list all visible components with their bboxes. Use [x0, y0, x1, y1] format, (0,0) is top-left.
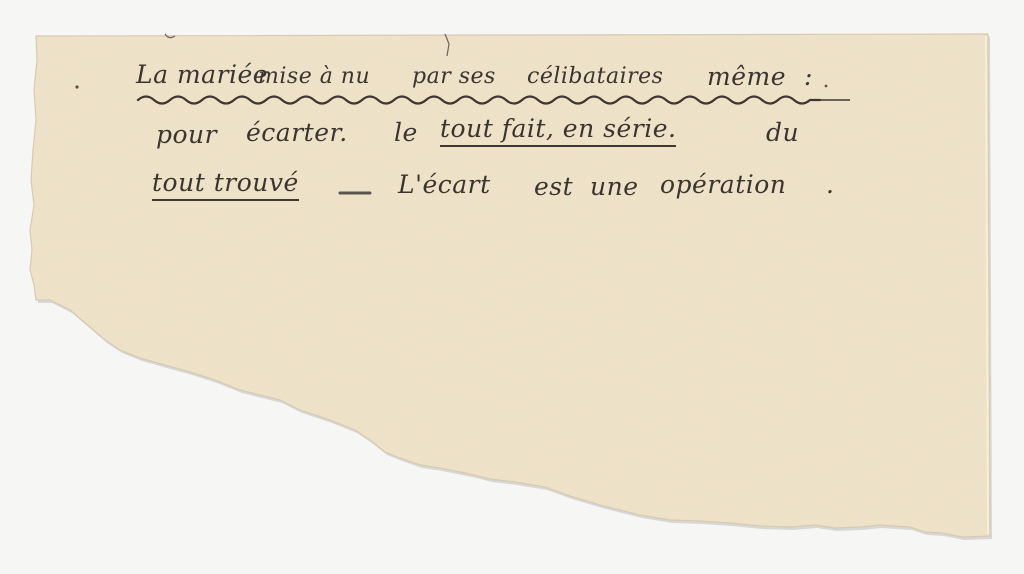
- line1-word: mise à nu: [258, 66, 370, 88]
- line3-word: L'écart: [398, 172, 491, 197]
- ink-dot: [825, 85, 828, 88]
- line3-word: opération: [660, 172, 786, 197]
- line2-underlined-phrase: tout fait, en série.: [440, 116, 676, 147]
- ink-dot: [75, 85, 78, 88]
- line3-word: est: [534, 174, 573, 199]
- line1-word: La mariée: [136, 62, 268, 87]
- line3-word: une: [590, 174, 639, 199]
- line2-word: le: [394, 120, 418, 145]
- line1-word: célibataires: [527, 66, 663, 88]
- line2-word: pour: [156, 122, 217, 147]
- line3-underlined-phrase: tout trouvé: [152, 170, 299, 201]
- scan-stage: La mariée mise à nu par ses célibataires…: [0, 0, 1024, 574]
- line3-period: .: [826, 172, 834, 197]
- line2-word: écarter.: [246, 120, 348, 145]
- line1-word: même: [707, 64, 786, 89]
- line1-word: par ses: [412, 66, 496, 88]
- line2-word: du: [766, 120, 799, 145]
- line1-colon: :: [804, 64, 813, 89]
